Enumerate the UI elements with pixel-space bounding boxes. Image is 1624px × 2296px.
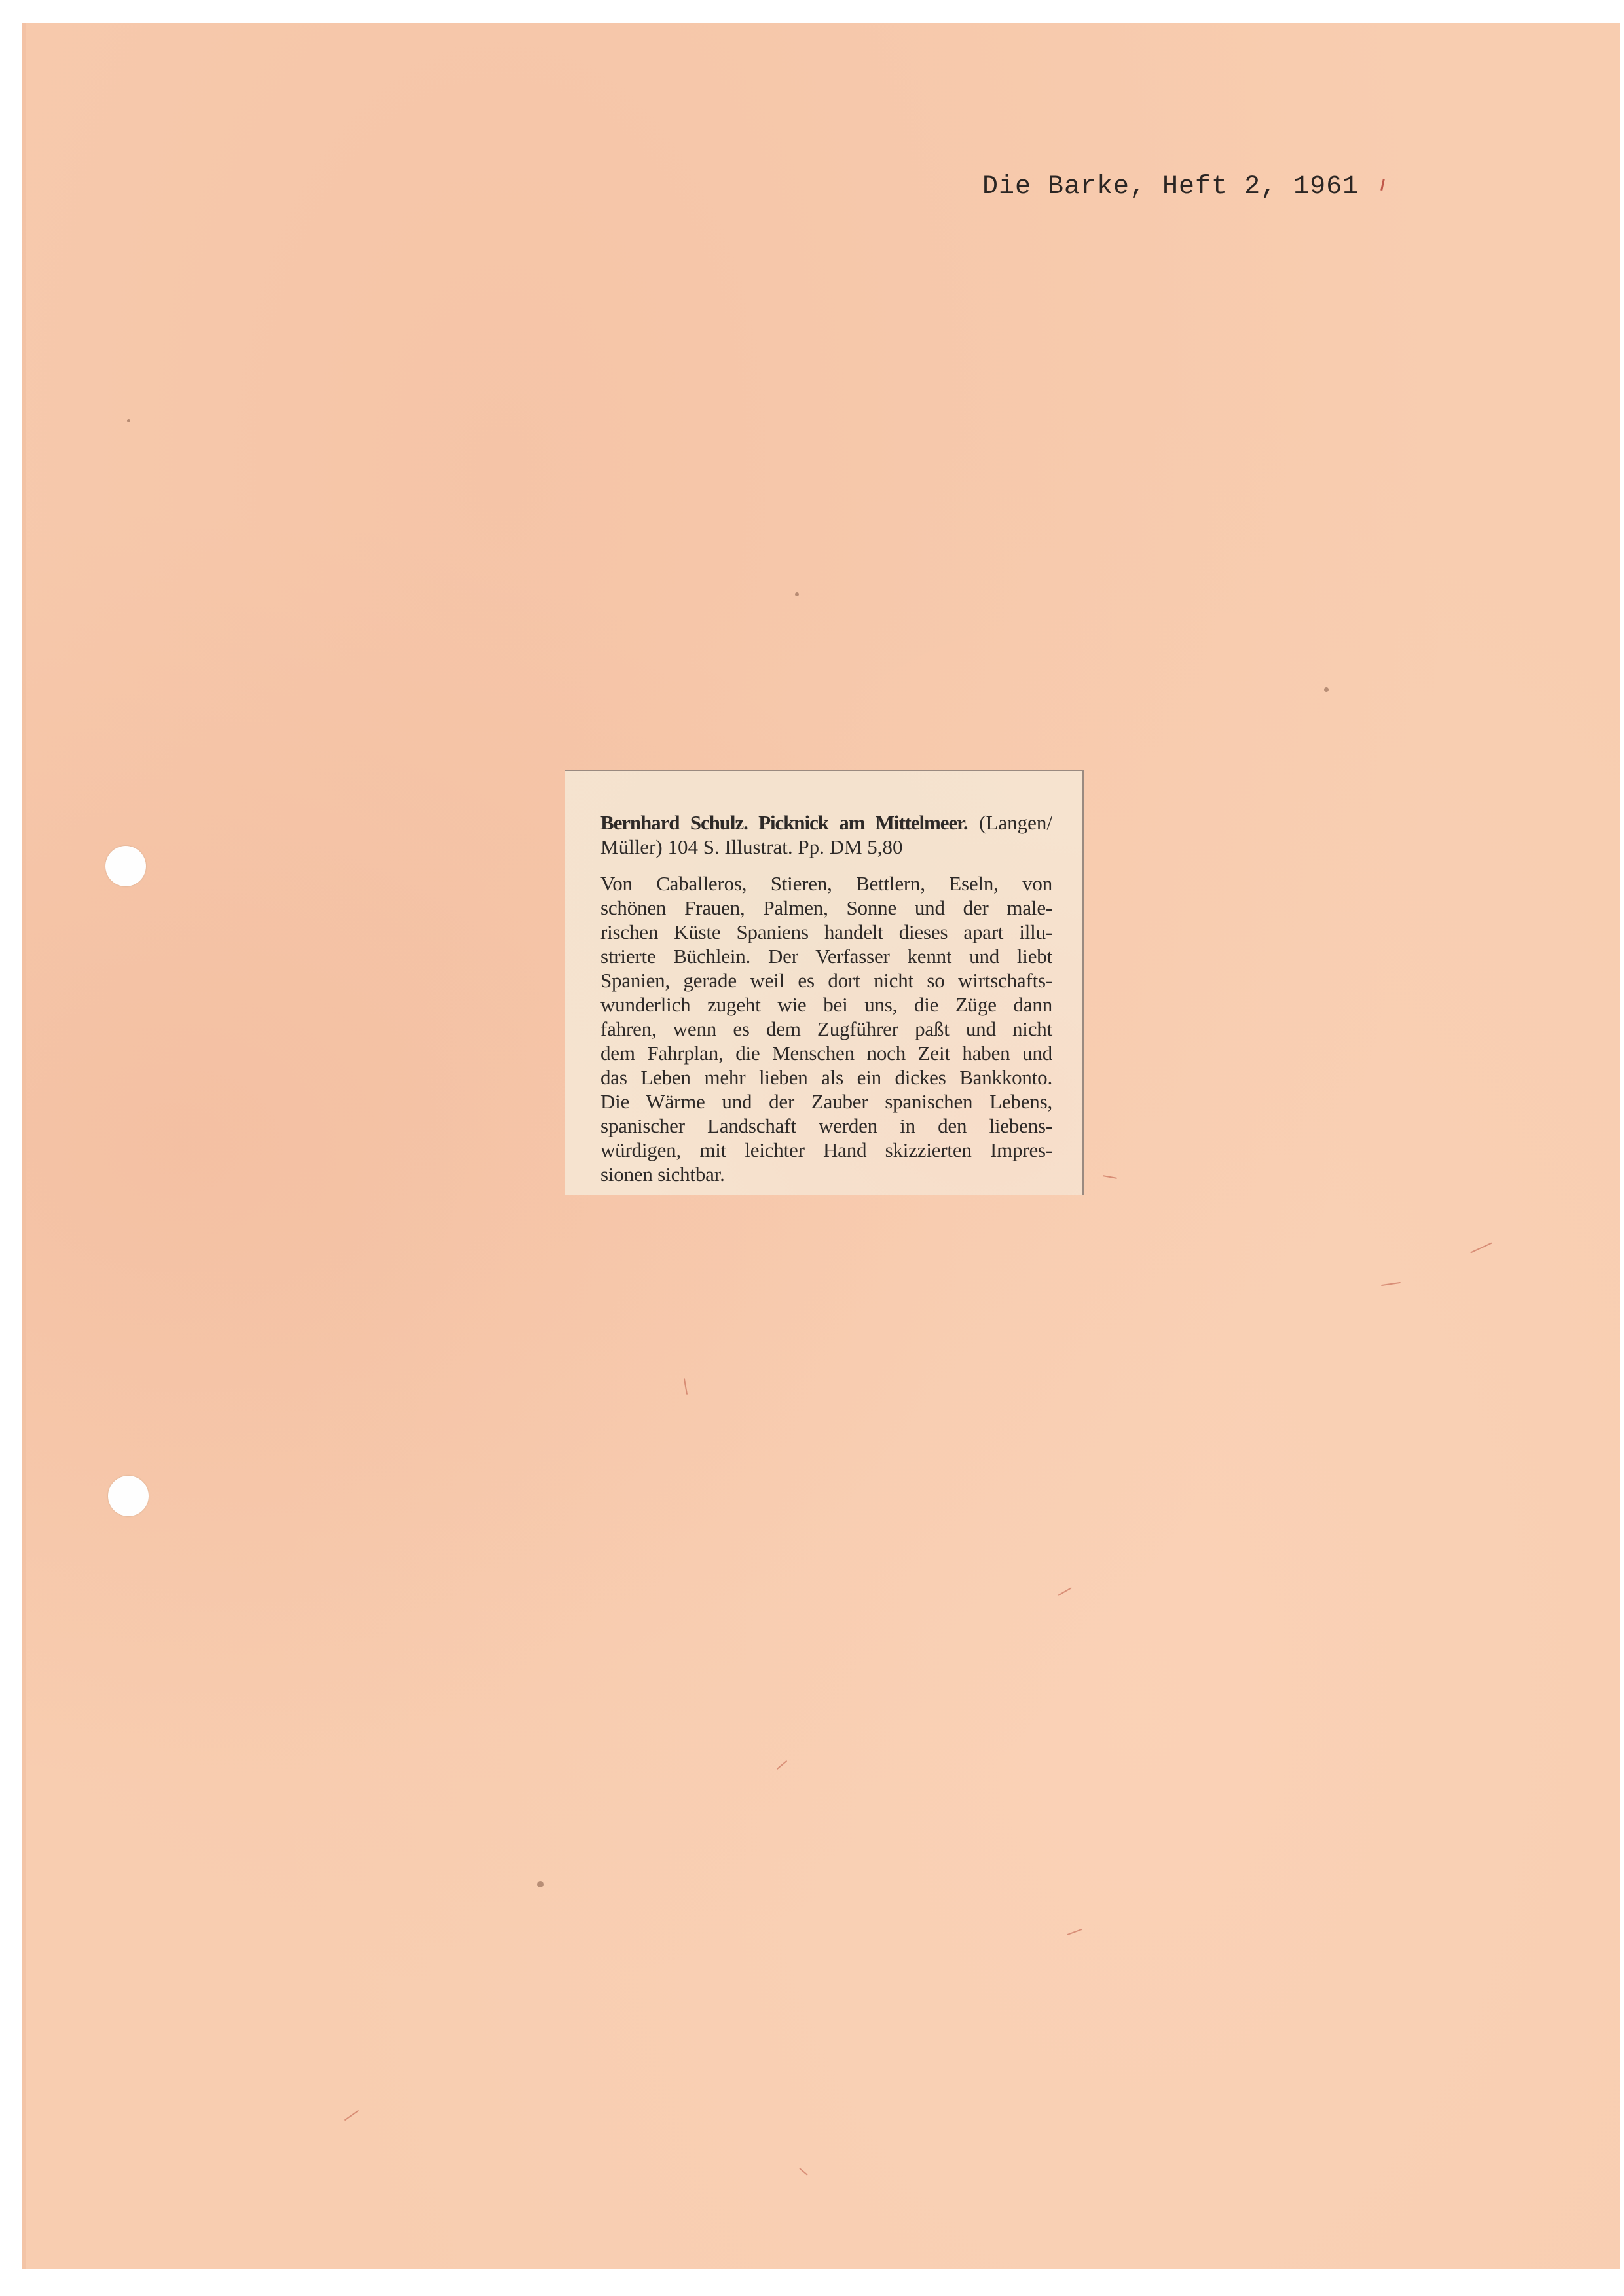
- paper-fiber: [777, 1760, 788, 1770]
- publisher-open: (Langen/: [979, 811, 1052, 834]
- review-line: wunderlich zugeht wie bei uns, die Züge …: [600, 993, 1052, 1017]
- paper-speck: [127, 419, 130, 422]
- review-line: strierte Büchlein. Der Verfasser kennt u…: [600, 944, 1052, 968]
- handwritten-tick-mark: [1380, 179, 1385, 191]
- paper-speck: [537, 1881, 544, 1887]
- newspaper-clipping: Bernhard Schulz. Picknick am Mittelmeer.…: [565, 770, 1084, 1195]
- review-line: rischen Küste Spaniens handelt dieses ap…: [600, 920, 1052, 944]
- review-line: dem Fahrplan, die Menschen noch Zeit hab…: [600, 1041, 1052, 1065]
- paper-fiber: [1103, 1175, 1117, 1179]
- clipping-text: Bernhard Schulz. Picknick am Mittelmeer.…: [600, 811, 1052, 1186]
- source-annotation: Die Barke, Heft 2, 1961: [982, 172, 1359, 202]
- paper-speck: [795, 592, 799, 596]
- review-line: Von Caballeros, Stieren, Bettlern, Eseln…: [600, 871, 1052, 896]
- review-line: schönen Frauen, Palmen, Sonne und der ma…: [600, 896, 1052, 920]
- paper-fiber: [1470, 1242, 1492, 1253]
- review-line: Spanien, gerade weil es dort nicht so wi…: [600, 968, 1052, 993]
- book-citation: Bernhard Schulz. Picknick am Mittelmeer.…: [600, 811, 1052, 859]
- review-line: fahren, wenn es dem Zugführer paßt und n…: [600, 1017, 1052, 1041]
- paper-fiber: [344, 2110, 359, 2121]
- paper-fiber: [1381, 1282, 1401, 1286]
- paper-fiber: [684, 1378, 688, 1395]
- review-paragraph: Von Caballeros, Stieren, Bettlern, Eseln…: [600, 871, 1052, 1186]
- review-line: Die Wärme und der Zauber spanischen Lebe…: [600, 1089, 1052, 1114]
- citation-line: Müller) 104 S. Illustrat. Pp. DM 5,80: [600, 835, 1052, 859]
- review-line: sionen sichtbar.: [600, 1162, 1052, 1186]
- paper-fiber: [799, 2168, 808, 2176]
- punch-hole-upper: [105, 846, 146, 886]
- author-and-title: Bernhard Schulz. Picknick am Mittelmeer.: [600, 811, 968, 834]
- paper-speck: [1324, 687, 1329, 692]
- review-line: spanischer Landschaft werden in den lieb…: [600, 1114, 1052, 1138]
- paper-fiber: [1058, 1587, 1072, 1596]
- review-line: würdigen, mit leichter Hand skizzierten …: [600, 1138, 1052, 1162]
- paper-fiber: [1067, 1929, 1082, 1935]
- punch-hole-lower: [108, 1476, 149, 1516]
- review-line: das Leben mehr lieben als ein dickes Ban…: [600, 1065, 1052, 1089]
- citation-line: Bernhard Schulz. Picknick am Mittelmeer.…: [600, 811, 1052, 835]
